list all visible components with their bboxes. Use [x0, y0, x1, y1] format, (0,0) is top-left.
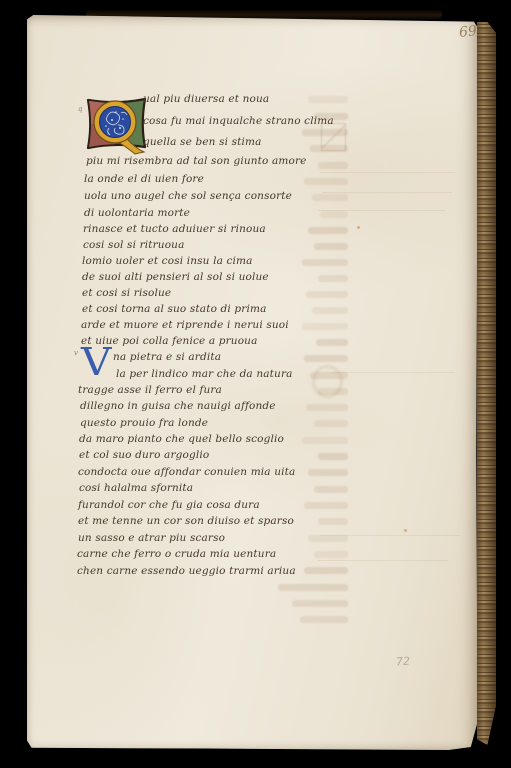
poem-line: et col suo duro argoglio — [79, 449, 209, 461]
pencil-folio-number: 72 — [396, 655, 411, 669]
poem-line: di uolontaria morte — [84, 207, 190, 219]
poem-line: furandol cor che fu gia cosa dura — [78, 499, 260, 511]
poem-line: lomio uoler et cosi insu la cima — [82, 255, 253, 267]
guide-letter-q: q — [78, 105, 82, 113]
poem-line: tragge asse il ferro el fura — [78, 384, 222, 396]
pen-initial-v: V — [81, 343, 111, 382]
poem-line: na pietra e si ardita — [113, 351, 221, 363]
poem-line: un sasso e atrar piu scarso — [78, 532, 225, 544]
poem-line: questo prouio fra londe — [80, 417, 208, 429]
book-fore-edge — [477, 22, 496, 745]
folio-number: 69 — [458, 23, 477, 41]
poem-line: cosi sol si ritruoua — [83, 239, 185, 251]
poem-line: piu mi risembra ad tal son giunto amore — [86, 155, 307, 167]
manuscript-photo: 69 72 q v V ual pi — [0, 0, 511, 768]
poem-line: cosa fu mai inqualche strano clima — [143, 115, 334, 127]
poem-line: la per lindico mar che da natura — [116, 368, 293, 380]
poem-line: da maro pianto che quel bello scoglio — [79, 433, 284, 445]
illuminated-initial-q — [85, 95, 148, 157]
poem-line: de suoi alti pensieri al sol si uolue — [82, 271, 269, 283]
poem-line: quella se ben si stima — [143, 136, 262, 148]
guide-letter-v: v — [74, 349, 78, 357]
poem-line: condocta oue affondar conuien mia uita — [78, 466, 295, 478]
poem-line: et cosi si risolue — [82, 287, 171, 299]
poem-line: la onde el di uien fore — [84, 173, 204, 185]
poem-line: uola uno augel che sol sença consorte — [84, 190, 292, 202]
poem-line: carne che ferro o cruda mia uentura — [77, 548, 276, 560]
poem-line: dillegno in guisa che nauigi affonde — [80, 400, 276, 412]
poem-line: et me tenne un cor son diuiso et sparso — [78, 515, 294, 527]
poem-line: et cosi torna al suo stato di prima — [82, 303, 266, 315]
initial-q-artwork — [85, 95, 148, 157]
poem-line: ual piu diuersa et noua — [143, 93, 269, 105]
poem-line: chen carne essendo ueggio trarmi ariua — [77, 565, 296, 577]
poem-line: cosi halalma sfornita — [79, 482, 193, 494]
poem-line: arde et muore et riprende i nerui suoi — [81, 319, 289, 331]
poem-line: rinasce et tucto aduiuer si rinoua — [83, 223, 266, 235]
poem-line: et uiue poi colla fenice a pruoua — [81, 335, 258, 347]
